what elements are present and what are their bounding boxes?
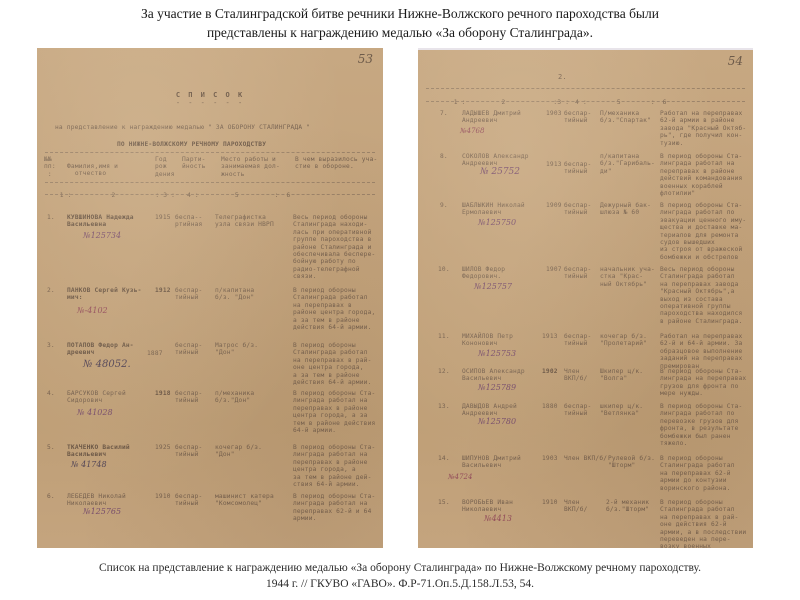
row-workplace: 2-й механик б/з."Шторм" [606, 499, 649, 514]
row-workplace: п/капитана б/з. "Дон" [215, 287, 254, 302]
row-party: беспар- тийный [564, 266, 591, 281]
row-party: беспар- тийный [564, 202, 591, 217]
row-party: беспа-- ртийная [175, 214, 202, 229]
col-header-party: Парти- йность [182, 156, 206, 171]
row-year: 1910 [542, 499, 558, 506]
row-number: 8. [440, 153, 448, 160]
row-number: 7. [440, 110, 448, 117]
row-workplace: начальник уча- стка "Крас- ный Октябрь" [600, 266, 655, 288]
sheet-mark: 2. [558, 74, 567, 81]
award-number-handwritten: №125780 [478, 417, 516, 426]
title-line-2: представлены к награждению медалью «За о… [0, 23, 800, 42]
caption-line-1: Список на представление к награждению ме… [0, 560, 800, 576]
row-workplace: Дежурный бак- шлюза № 60 [600, 202, 651, 217]
row-participation: Работал на переправах 62-й армии в район… [660, 110, 746, 147]
col-header-name: Фамилия,имя и отчество [67, 163, 118, 178]
row-number: 10. [438, 266, 450, 273]
col-header-participation: В чем выразилось уча- стие в обороне. [295, 156, 377, 171]
row-name: СОКОЛОВ Александр Андреевич [462, 153, 529, 168]
archive-page-53: 53 С П И С О К - - - - - - на представле… [37, 48, 383, 548]
row-participation: Работал на переправах 62-й и 64-й армии.… [660, 333, 742, 370]
row-number: 6. [47, 493, 55, 500]
row-workplace: Рулевой б/з. "Шторм" [608, 455, 655, 470]
row-participation: Весь период обороны Сталинграда работал … [660, 266, 742, 325]
award-number-handwritten: №4768 [460, 127, 484, 135]
award-number-handwritten: №125765 [83, 507, 121, 516]
row-party: беспар- тийный [175, 342, 202, 357]
row-party: беспар- тийный [175, 390, 202, 405]
table-rule [426, 101, 745, 102]
archive-page-54: 54 2. 1 :2:3 :4 :5: 6 7. ЛАДЫШЕВ Дмитрий… [418, 48, 753, 548]
row-number: 12. [438, 368, 450, 375]
row-name: ДАВЫДОВ Андрей Андреевич [462, 403, 517, 418]
award-number-handwritten: №125734 [83, 231, 121, 240]
row-year: 1915 [155, 214, 171, 221]
row-party: беспар- тийный [564, 161, 591, 176]
row-workplace: Матрос б/з. "Дон" [215, 342, 258, 357]
row-number: 5. [47, 444, 55, 451]
row-workplace: машинист катера "Комсомолец" [215, 493, 274, 508]
table-rule [45, 182, 375, 183]
row-participation: В период обороны Ста- линграда работал п… [660, 202, 746, 261]
award-number-handwritten: № 48052. [83, 359, 131, 370]
document-subheading: на представление к награждению медалью "… [55, 124, 310, 131]
row-participation: В период обороны Ста- линграда работал п… [660, 403, 742, 447]
row-workplace: П/механика б/з."Спартак" [600, 110, 651, 125]
row-name: ОСИПОВ Александр Васильевич [462, 368, 525, 383]
award-number-handwritten: № 41028 [77, 408, 113, 417]
row-year: 1913 [546, 161, 562, 168]
row-name: МИХАЙЛОВ Петр Кононович [462, 333, 513, 348]
row-name: ПОТАПОВ Федор Ан- дреевич [67, 342, 134, 357]
award-number-handwritten: № 25752 [480, 167, 520, 177]
row-name: ПАНКОВ Сергей Кузь- мич: [67, 287, 142, 302]
col-header-number: №№ пп: : [44, 156, 56, 178]
row-year: 1887 [147, 350, 163, 357]
row-participation: В период обороны Ста- линграда работал н… [293, 493, 375, 523]
row-workplace: Телеграфистка узла связи НВРП [215, 214, 274, 229]
slide-title: За участие в Сталинградской битве речник… [0, 4, 800, 42]
row-name: КУВШИНОВА Надежда Васильевна [67, 214, 134, 229]
award-number-handwritten: №125750 [478, 218, 516, 227]
table-rule [45, 152, 375, 153]
row-workplace: шкипер ц/к. "Ветлянка" [600, 403, 643, 418]
row-year: 1880 [542, 403, 558, 410]
row-participation: В период обороны Ста- линграда работал н… [660, 153, 742, 197]
page-number: 53 [358, 52, 373, 66]
row-workplace: Шкипер ц/к. "Волга" [600, 368, 643, 383]
row-number: 3. [47, 342, 55, 349]
row-party: Член ВКП/б/ [564, 499, 588, 514]
row-year: 1903 [542, 455, 558, 462]
row-year: 1902 [542, 368, 558, 375]
row-party: беспар- тийный [564, 110, 591, 125]
row-number: 4. [47, 390, 55, 397]
row-number: 13. [438, 403, 450, 410]
row-year: 1909 [546, 202, 562, 209]
row-party: беспар- тийный [175, 287, 202, 302]
row-workplace: п/механика б/з."Дон" [215, 390, 254, 405]
award-number-handwritten: №125789 [478, 383, 516, 392]
row-workplace: п/капитана б/з."Гарибаль- ди" [600, 153, 655, 175]
row-name: ШИПУНОВ Дмитрий Васильевич [462, 455, 521, 470]
row-party: беспар- тийный [564, 333, 591, 348]
row-participation: Весь период обороны Сталинграда находи- … [293, 214, 375, 281]
row-year: 1912 [155, 287, 171, 294]
row-year: 1925 [155, 444, 171, 451]
row-participation: В период обороны Сталинграда работал на … [660, 455, 735, 492]
row-number: 9. [440, 202, 448, 209]
row-number: 1. [47, 214, 55, 221]
row-participation: В период обороны Ста- линграда на перепр… [660, 368, 746, 398]
col-header-year: Год рож дения [155, 156, 175, 178]
row-party: Член ВКП/б/ [564, 368, 588, 383]
row-year: 1910 [155, 493, 171, 500]
row-name: ШИЛОВ Федор Федорович. [462, 266, 505, 281]
award-number-handwritten: №125757 [474, 282, 512, 291]
row-name: БАРСУКОВ Сергей Сидорович [67, 390, 126, 405]
award-number-handwritten: №4724 [448, 473, 472, 481]
row-year: 1913 [542, 333, 558, 340]
row-year: 1918 [155, 390, 171, 397]
document-subheading-2: ПО НИЖНЕ-ВОЛЖСКОМУ РЕЧНОМУ ПАРОХОДСТВУ [117, 141, 266, 148]
row-party: беспар- тийный [175, 444, 202, 459]
row-participation: В период обороны Сталинграда работал на … [293, 287, 375, 331]
row-participation: В период обороны Ста- линграда работал н… [293, 390, 375, 434]
title-line-1: За участие в Сталинградской битве речник… [0, 4, 800, 23]
row-name: ШАБЛЫКИН Николай Ермолаевич [462, 202, 525, 217]
row-name: ВОРОБЬЕВ Иван Николаевич [462, 499, 513, 514]
row-workplace: кочегар б/з. "Дон" [215, 444, 262, 459]
caption-line-2: 1944 г. // ГКУВО «ГАВО». Ф.Р-71.Оп.5.Д.1… [0, 576, 800, 592]
row-name: ЛАДЫШЕВ Дмитрий Андреевич [462, 110, 521, 125]
row-number: 2. [47, 287, 55, 294]
table-rule [426, 88, 745, 89]
row-year: 1903 [546, 110, 562, 117]
award-number-handwritten: №-4102 [77, 306, 108, 315]
row-party: беспар- тийный [175, 493, 202, 508]
col-header-workplace: Место работы и занимаемая дол- жность [221, 156, 280, 178]
page-number: 54 [728, 54, 743, 68]
award-number-handwritten: №125753 [478, 349, 516, 358]
row-party: беспар- тийный [564, 403, 591, 418]
row-year: 1907 [546, 266, 562, 273]
row-workplace: кочегар б/з. "Пролетарий" [600, 333, 647, 348]
row-number: 15. [438, 499, 450, 506]
row-participation: В период обороны Ста- линграда работал н… [293, 444, 375, 488]
image-caption: Список на представление к награждению ме… [0, 560, 800, 592]
row-number: 14. [438, 455, 450, 462]
award-number-handwritten: №4413 [484, 514, 512, 523]
column-numbers-row: 1 :2: 3 :4 :5: 6 [44, 185, 290, 207]
table-rule [45, 194, 375, 195]
row-participation: В период обороны Сталинграда работал на … [660, 499, 746, 548]
row-name: ЛЕБЕДЕВ Николай Николаевич [67, 493, 126, 508]
heading-underline: - - - - - - [37, 100, 383, 107]
row-party: Член ВКП/б/ [564, 455, 607, 462]
award-number-handwritten: № 41748 [71, 460, 107, 469]
row-name: ТКАЧЕНКО Василий Васильевич [67, 444, 130, 459]
row-number: 11. [438, 333, 450, 340]
row-participation: В период обороны Сталинграда работал на … [293, 342, 372, 386]
